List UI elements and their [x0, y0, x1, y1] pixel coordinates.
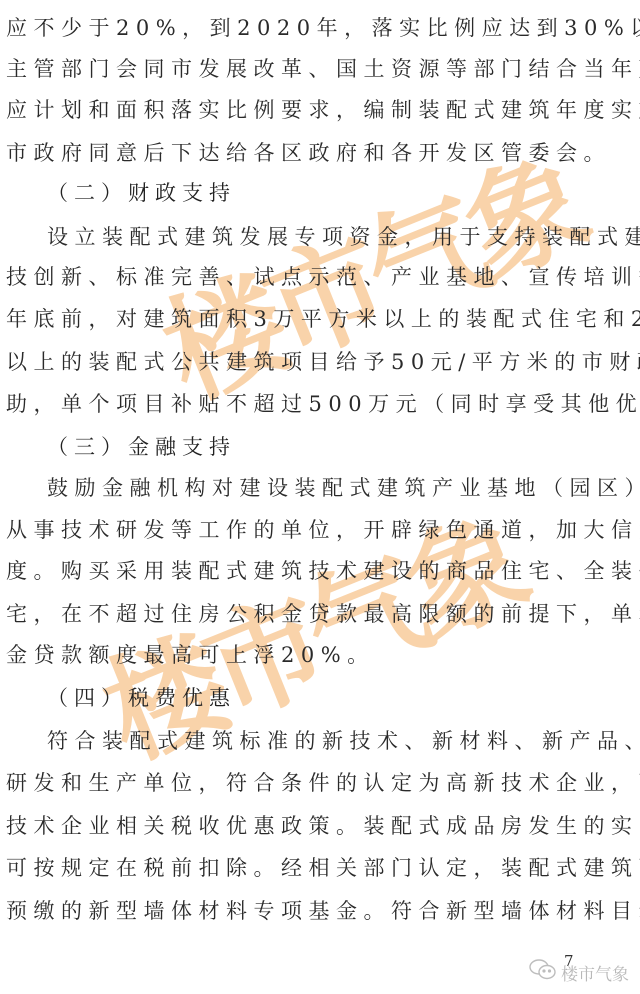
text-line: 以上的装配式公共建筑项目给予50元/平方米的市财政资金的补 [6, 342, 634, 382]
text-line: 主管部门会同市发展改革、国土资源等部门结合当年建设用地供 [6, 49, 634, 89]
text-line: 年底前，对建筑面积3万平方米以上的装配式住宅和2万平方米 [6, 299, 634, 339]
text-line: 技创新、标准完善、试点示范、产业基地、宣传培训等。2018 [6, 257, 634, 297]
text-line: 应不少于20%，到2020年，落实比例应达到30%以上。市建设 [6, 8, 634, 48]
text-line: 金贷款额度最高可上浮20%。 [6, 635, 634, 675]
text-line: 度。购买采用装配式建筑技术建设的商品住宅、全装修商品住 [6, 551, 634, 591]
text-line: 预缴的新型墙体材料专项基金。符合新型墙体材料目录的部品部 [6, 891, 634, 931]
text-line: 鼓励金融机构对建设装配式建筑产业基地（园区）、项目及 [47, 468, 634, 508]
text-line: 设立装配式建筑发展专项资金，用于支持装配式建筑发展科 [47, 217, 634, 257]
section-heading-financial-support: （三）金融支持 [47, 427, 236, 467]
text-line: 应计划和面积落实比例要求，编制装配式建筑年度实施计划，经 [6, 90, 634, 130]
text-line: 符合装配式建筑标准的新技术、新材料、新产品、新工艺的 [47, 721, 634, 761]
text-line: 助，单个项目补贴不超过500万元（同时享受其他优惠政策）。 [6, 384, 634, 424]
text-line: 从事技术研发等工作的单位，开辟绿色通道，加大信贷支持力 [6, 510, 634, 550]
text-line: 研发和生产单位，符合条件的认定为高新技术企业，可享受高新 [6, 763, 634, 803]
text-line: 市政府同意后下达给各区政府和各开发区管委会。 [6, 133, 634, 173]
wechat-icon [528, 958, 558, 987]
text-line: 宅，在不超过住房公积金贷款最高限额的前提下，单笔住房公积 [6, 594, 634, 634]
footer-brand: 楼市气象 [528, 958, 629, 987]
text-line: 技术企业相关税收优惠政策。装配式成品房发生的实际装修成本 [6, 806, 634, 846]
text-line: 可按规定在税前扣除。经相关部门认定，装配式建筑可全额返还 [6, 848, 634, 888]
document-page: 楼市气象 楼市气象 应不少于20%，到2020年，落实比例应达到30%以上。市建… [0, 0, 640, 994]
section-heading-tax-incentives: （四）税费优惠 [47, 678, 236, 718]
section-heading-fiscal-support: （二）财政支持 [47, 173, 236, 213]
brand-name: 楼市气象 [561, 960, 629, 985]
